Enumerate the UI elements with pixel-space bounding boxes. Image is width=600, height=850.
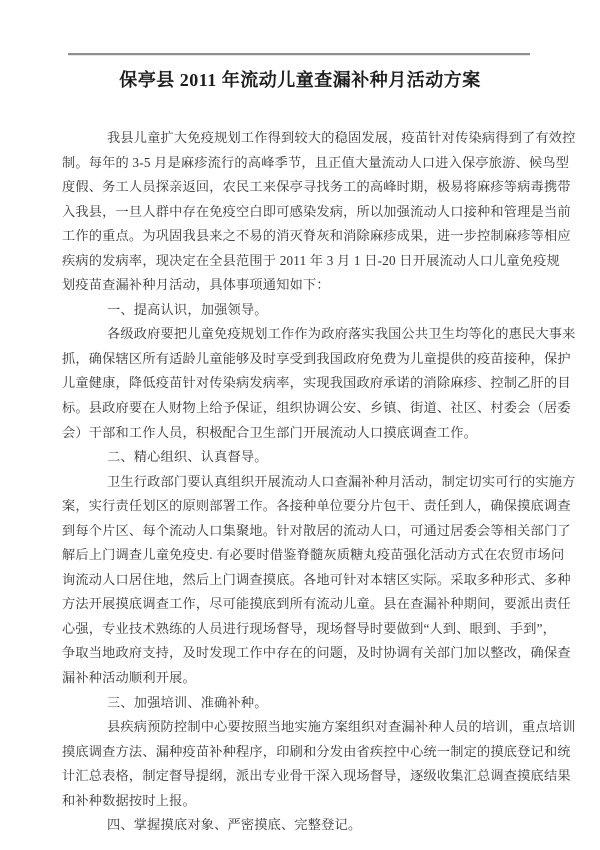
text-line: 工作的重点。为巩固我县来之不易的消灭脊灰和消除麻疹成果，进一步控制麻疹等相应 [62, 224, 538, 249]
text-line: 心强，专业技术熟练的人员进行现场督导，现场督导时要做到“人到、眼到、手到”， [62, 617, 538, 642]
text-line: 度假、务工人员探亲返回，农民工来保亭寻找务工的高峰时期，极易将麻疹等病毒携带 [62, 175, 538, 200]
text-line: 到每个片区、每个流动人口集聚地。针对散居的流动人口，可通过居委会等相关部门了 [62, 519, 538, 544]
text-line: 制。每年的 3-5 月是麻疹流行的高峰季节，且正值大量流动人口进入保亭旅游、候鸟… [62, 151, 538, 176]
text-line: 和补种数据按时上报。 [62, 789, 538, 814]
text-line: 卫生行政部门要认真组织开展流动人口查漏补种月活动，制定切实可行的实施方 [62, 470, 538, 495]
text-line: 漏补种活动顺利开展。 [62, 666, 538, 691]
section-heading: 二、精心组织、认真督导。 [62, 445, 538, 470]
section-heading: 三、加强培训、准确补种。 [62, 691, 538, 716]
text-line: 会）干部和工作人员，积极配合卫生部门开展流动人口摸底调查工作。 [62, 421, 538, 446]
text-line: 儿童健康，降低疫苗针对传染病发病率，实现我国政府承诺的消除麻疹、控制乙肝的目 [62, 371, 538, 396]
text-line: 各级政府要把儿童免疫规划工作作为政府落实我国公共卫生均等化的惠民大事来 [62, 322, 538, 347]
text-line: 摸底调查方法、漏种疫苗补种程序，印刷和分发由省疾控中心统一制定的摸底登记和统 [62, 740, 538, 765]
document-body: 我县儿童扩大免疫规划工作得到较大的稳固发展，疫苗针对传染病得到了有效控制。每年的… [62, 126, 538, 838]
document-page: 保亭县 2011 年流动儿童查漏补种月活动方案 我县儿童扩大免疫规划工作得到较大… [0, 0, 600, 850]
text-line: 县疾病预防控制中心要按照当地实施方案组织对查漏补种人员的培训，重点培训 [62, 715, 538, 740]
text-line: 抓，确保辖区所有适龄儿童能够及时享受到我国政府免费为儿童提供的疫苗接种，保护 [62, 347, 538, 372]
text-line: 标。县政府要在人财物上给予保证，组织协调公安、乡镇、街道、社区、村委会（居委 [62, 396, 538, 421]
text-line: 案，实行责任划区的原则部署工作。各接种单位要分片包干、责任到人，确保摸底调查 [62, 494, 538, 519]
section-heading: 一、提高认识，加强领导。 [62, 298, 538, 323]
text-line: 方法开展摸底调查工作，尽可能摸底到所有流动儿童。县在查漏补种期间，要派出责任 [62, 592, 538, 617]
text-line: 计汇总表格，制定督导提纲，派出专业骨干深入现场督导，逐级收集汇总调查摸底结果 [62, 764, 538, 789]
document-title: 保亭县 2011 年流动儿童查漏补种月活动方案 [0, 66, 600, 92]
text-line: 询流动人口居住地，然后上门调查摸底。各地可针对本辖区实际。采取多种形式、多种 [62, 568, 538, 593]
header-rule [68, 53, 530, 55]
text-line: 我县儿童扩大免疫规划工作得到较大的稳固发展，疫苗针对传染病得到了有效控 [62, 126, 538, 151]
text-line: 划疫苗查漏补种月活动，具体事项通知如下： [62, 273, 538, 298]
text-line: 入我县，一旦人群中存在免疫空白即可感染发病，所以加强流动人口接种和管理是当前 [62, 200, 538, 225]
section-heading: 四、掌握摸底对象、严密摸底、完整登记。 [62, 813, 538, 838]
text-line: 争取当地政府支持，及时发现工作中存在的问题，及时协调有关部门加以整改，确保查 [62, 641, 538, 666]
text-line: 解后上门调查儿童免疫史. 有必要时借鉴脊髓灰质糖丸疫苗强化活动方式在农贸市场问 [62, 543, 538, 568]
text-line: 疾病的发病率，现决定在全县范围于 2011 年 3 月 1 日-20 日开展流动… [62, 249, 538, 274]
